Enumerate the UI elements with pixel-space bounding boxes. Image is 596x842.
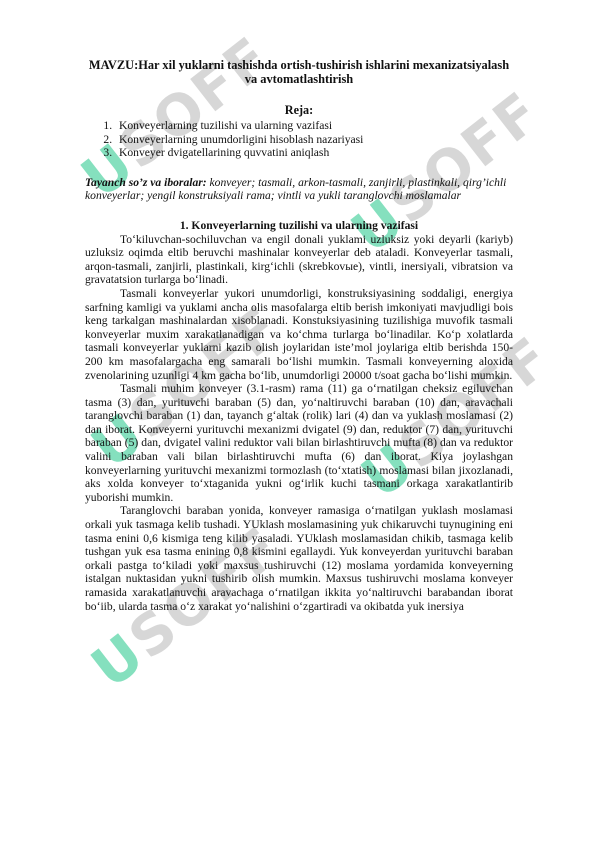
plan-item: Konveyer dvigatellarining quvvatini aniq… (115, 146, 513, 160)
keywords-label: Tayanch so’z va iboralar: (85, 176, 207, 189)
body-paragraph: To‘kiluvchan-sochiluvchan va engil donal… (85, 233, 513, 287)
plan-item: Konveyerlarning tuzilishi va ularning va… (115, 119, 513, 133)
document-title: MAVZU:Har xil yuklarni tashishda ortish-… (85, 58, 513, 86)
body-paragraph: Taranglovchi baraban yonida, konveyer ra… (85, 504, 513, 613)
plan-heading: Reja: (85, 104, 513, 118)
body-paragraph: Tasmali muhim konveyer (3.1-rasm) rama (… (85, 382, 513, 504)
plan-item: Konveyerlarning unumdorligini hisoblash … (115, 133, 513, 147)
plan-list: Konveyerlarning tuzilishi va ularning va… (85, 119, 513, 160)
body-paragraph: Tasmali konveyerlar yukori unumdorligi, … (85, 287, 513, 382)
document-page: MAVZU:Har xil yuklarni tashishda ortish-… (85, 58, 513, 613)
section-heading: 1. Konveyerlarning tuzilishi va ularning… (85, 219, 513, 233)
keywords-paragraph: Tayanch so’z va iboralar: konveyer; tasm… (85, 176, 513, 203)
